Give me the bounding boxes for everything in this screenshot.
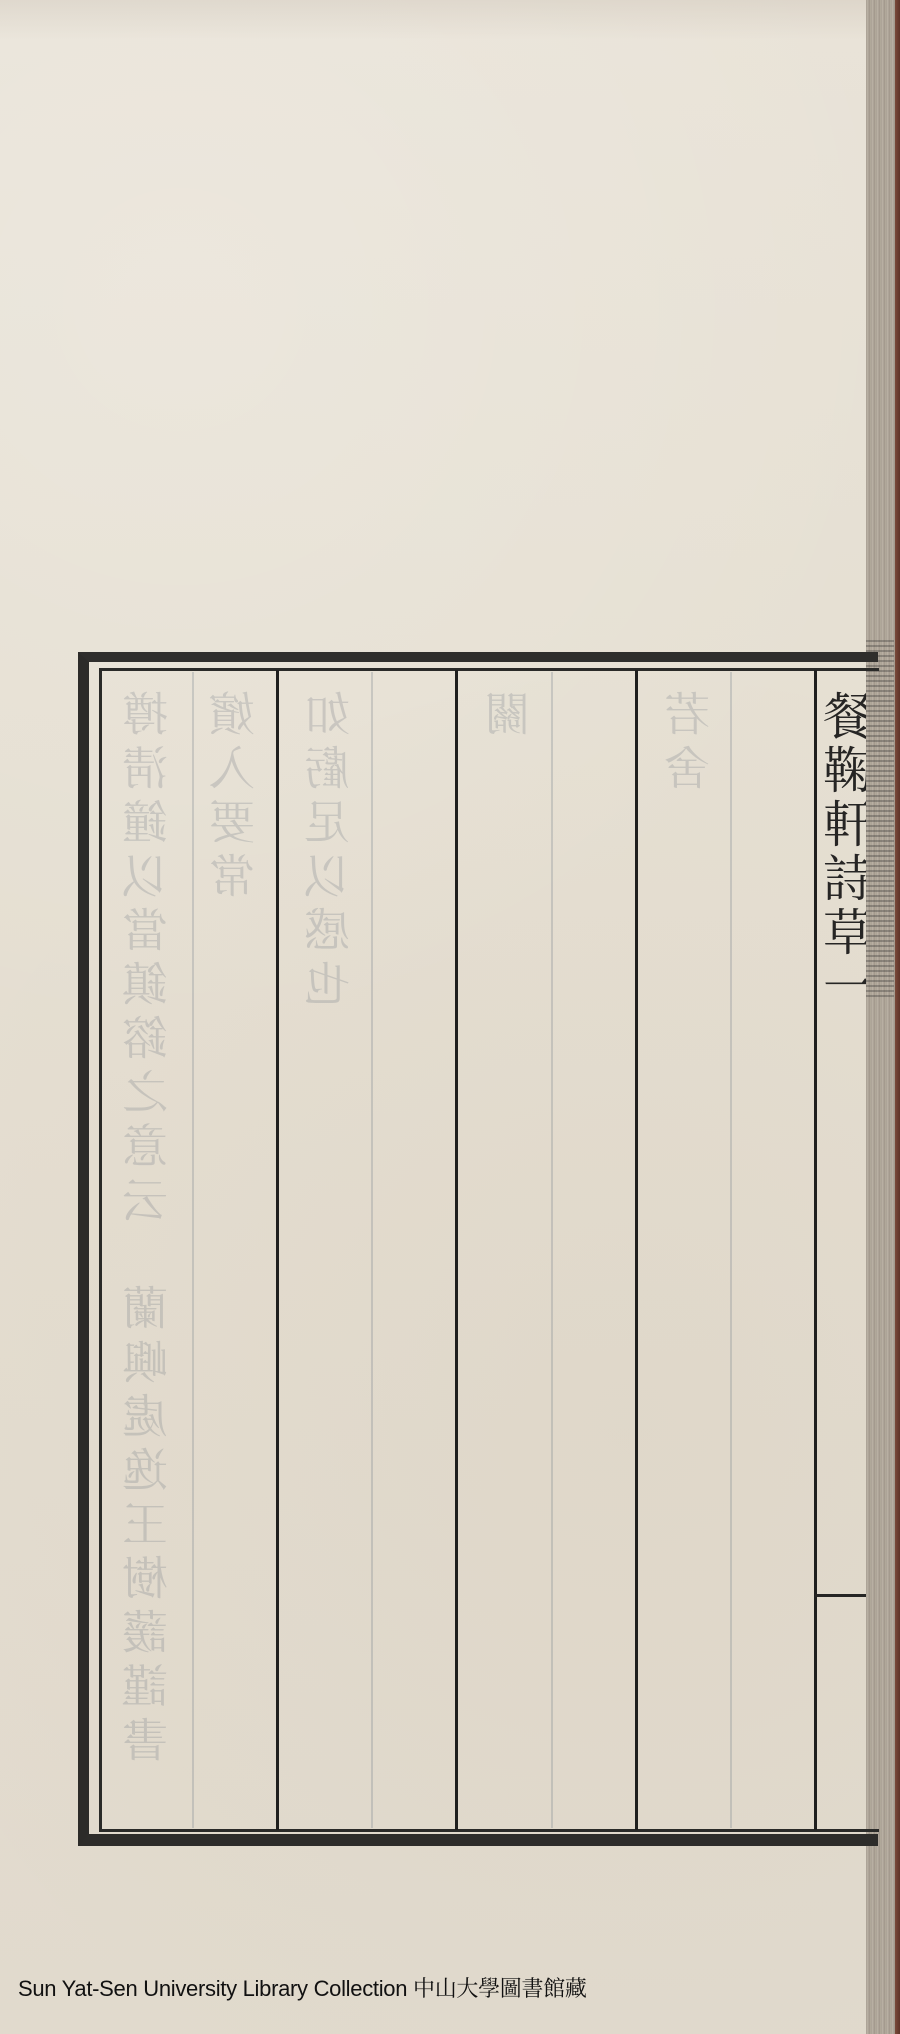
faint-column-rule (371, 672, 373, 1828)
column-divider (635, 670, 638, 1830)
faint-column-rule (551, 672, 553, 1828)
fold-page-mark (815, 1594, 866, 1597)
bleed-through-text: 若舍 (660, 690, 720, 1554)
bleed-through-text: 撙淸鐘以當鎮鎔之意云 蘭嶼處逸王樹蘐謹書 (118, 690, 178, 1770)
faint-column-rule (730, 672, 732, 1828)
fold-column-title: 餐鞠軒詩草一 (816, 690, 872, 1014)
volume-mark: 一 (815, 960, 873, 1014)
column-divider (455, 670, 458, 1830)
column-divider (276, 670, 279, 1830)
library-caption: Sun Yat-Sen University Library Collectio… (18, 1972, 587, 2003)
bleed-through-text: 關 (480, 690, 540, 1608)
book-title: 餐鞠軒詩草 (815, 690, 873, 960)
book-cover-rim (895, 0, 900, 2034)
faint-column-rule (192, 672, 194, 1828)
bleed-through-text: 嬪入要常 (205, 690, 265, 1662)
page-top-shadow (0, 0, 866, 40)
bleed-through-text: 如虧足以感也 (300, 690, 360, 1608)
